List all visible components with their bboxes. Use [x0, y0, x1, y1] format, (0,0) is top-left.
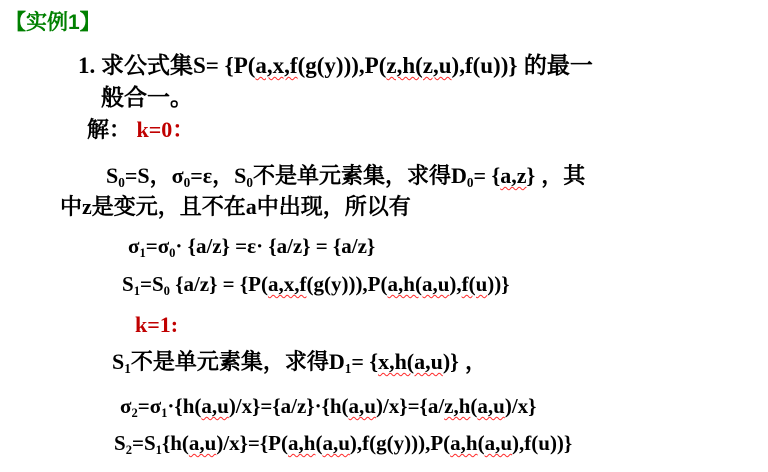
subscript: 0 [467, 175, 474, 190]
text-segment: )/x}={a/z}·{h( [229, 394, 349, 418]
spellcheck-squiggle-text: z,h(z,u [386, 53, 451, 78]
k0-step-line-1: S0=S，σ0=ε，S0不是单元素集，求得D0= {a,z} ，其 [106, 163, 585, 188]
d1-line: S1不是单元素集，求得D1= {x,h(a,u)} ， [112, 349, 487, 374]
k0-step-line-2: 中z是变元，且不在a中出现，所以有 [60, 194, 411, 219]
text-segment: =ε [190, 163, 212, 188]
subscript: 0 [118, 175, 125, 190]
text-segment: ， [459, 349, 487, 374]
text-segment: ·{h( [167, 394, 201, 418]
text-segment: ： [172, 117, 194, 142]
spellcheck-squiggle-text: a,x,f [268, 272, 307, 296]
text-segment: ),f(u))} [512, 431, 572, 455]
text-segment: a [246, 194, 257, 219]
slide-title: 【实例1】 [5, 6, 101, 36]
subscript: 0 [184, 175, 191, 190]
s2-line: S2=S1{h(a,u)/x}={P(a,h(a,u),f(g(y))),P(a… [114, 431, 572, 455]
text-segment: 般合一。 [101, 84, 193, 110]
text-segment: ), [449, 272, 461, 296]
text-segment: 不是单元素集，求得 [131, 349, 329, 374]
text-segment: =σ [146, 234, 169, 258]
sigma1-line: σ1=σ0· {a/z} =ε· {a/z} = {a/z} [128, 234, 375, 258]
solution-label-line: 解： k=0： [87, 117, 194, 142]
s1-line: S1=S0 {a/z} = {P(a,x,f(g(y))),P(a,h(a,u)… [122, 272, 510, 296]
text-segment: ( [478, 431, 485, 455]
text-segment: (g(y))),P( [306, 272, 387, 296]
spellcheck-squiggle-text: a,h [450, 431, 477, 455]
slide: 【实例1】 1. 求公式集S= {P(a,x,f(g(y))),P(z,h(z,… [0, 0, 768, 472]
subscript: 0 [246, 175, 253, 190]
text-segment: k=0 [131, 117, 172, 142]
text-segment: S [122, 272, 134, 296]
text-segment: 是变元，且不在 [92, 194, 246, 219]
subscript: 2 [131, 406, 137, 420]
text-segment: ),f(u))} [452, 53, 518, 78]
text-segment: D [451, 163, 467, 188]
text-segment: =σ [138, 394, 161, 418]
text-segment: S [234, 163, 246, 188]
spellcheck-squiggle-text: z,h [444, 394, 470, 418]
subscript: 0 [169, 246, 175, 260]
text-segment: 求公式集 [101, 52, 193, 78]
text-segment: =S [125, 163, 150, 188]
spellcheck-squiggle-text: a,u [189, 431, 216, 455]
problem-line-2: 般合一。 [101, 84, 193, 111]
spellcheck-squiggle-text: a,x,f [255, 53, 297, 78]
text-segment: σ [120, 394, 131, 418]
text-segment: S [112, 349, 124, 374]
text-segment: (g(y))),P( [298, 53, 387, 78]
text-segment: )} [443, 349, 459, 374]
text-segment: ),f(g(y))),P( [350, 431, 450, 455]
text-segment: S= {P( [193, 53, 255, 78]
spellcheck-squiggle-text: x,h(a,u [378, 349, 443, 374]
subscript: 1 [124, 361, 131, 376]
text-segment: 中出现，所以有 [257, 194, 411, 219]
subscript: 1 [139, 246, 145, 260]
text-segment: )/x}={a/ [376, 394, 444, 418]
text-segment: k=1: [135, 312, 178, 337]
spellcheck-squiggle-text: a,u [349, 394, 376, 418]
subscript: 1 [134, 284, 140, 298]
problem-line-1: 1. 求公式集S= {P(a,x,f(g(y))),P(z,h(z,u),f(u… [78, 52, 593, 79]
text-segment: σ [128, 234, 139, 258]
spellcheck-squiggle-text: f(u [462, 272, 488, 296]
text-segment: )/x}={P( [216, 431, 288, 455]
text-segment: 中 [60, 194, 82, 219]
text-segment: 的最一 [517, 52, 592, 78]
k1-label-line: k=1: [135, 312, 178, 337]
text-segment: = { [351, 349, 378, 374]
spellcheck-squiggle-text: a,u [322, 431, 349, 455]
text-segment: D [329, 349, 345, 374]
subscript: 2 [126, 443, 132, 457]
subscript: 1 [345, 361, 352, 376]
text-segment: = { [474, 163, 501, 188]
subscript: 0 [164, 284, 170, 298]
text-segment: S [106, 163, 118, 188]
sigma2-line: σ2=σ1·{h(a,u)/x}={a/z}·{h(a,u)/x}={a/z,h… [120, 394, 536, 418]
text-segment: } [526, 163, 535, 188]
text-segment: σ [172, 163, 184, 188]
text-segment: ，其 [535, 163, 585, 188]
text-segment: ， [150, 163, 172, 188]
text-segment: )/x} [505, 394, 537, 418]
text-segment: z [82, 194, 92, 219]
spellcheck-squiggle-text: a,u [485, 431, 512, 455]
text-segment: 1. [78, 53, 101, 78]
spellcheck-squiggle-text: a,u [201, 394, 228, 418]
spellcheck-squiggle-text: a,z [500, 163, 526, 188]
text-segment: ))} [487, 272, 509, 296]
text-segment: 解： [87, 117, 131, 142]
spellcheck-squiggle-text: a,u [477, 394, 504, 418]
text-segment: 不是单元素集，求得 [253, 163, 451, 188]
text-segment: {h( [162, 431, 189, 455]
subscript: 1 [156, 443, 162, 457]
text-segment: =S [132, 431, 156, 455]
text-segment: · {a/z} =ε· {a/z} = {a/z} [175, 234, 375, 258]
text-segment: ， [212, 163, 234, 188]
text-segment: {a/z} = {P( [170, 272, 268, 296]
spellcheck-squiggle-text: a,h(a,u [388, 272, 450, 296]
text-segment: S [114, 431, 126, 455]
subscript: 1 [161, 406, 167, 420]
text-segment: =S [140, 272, 164, 296]
spellcheck-squiggle-text: a,h [288, 431, 315, 455]
